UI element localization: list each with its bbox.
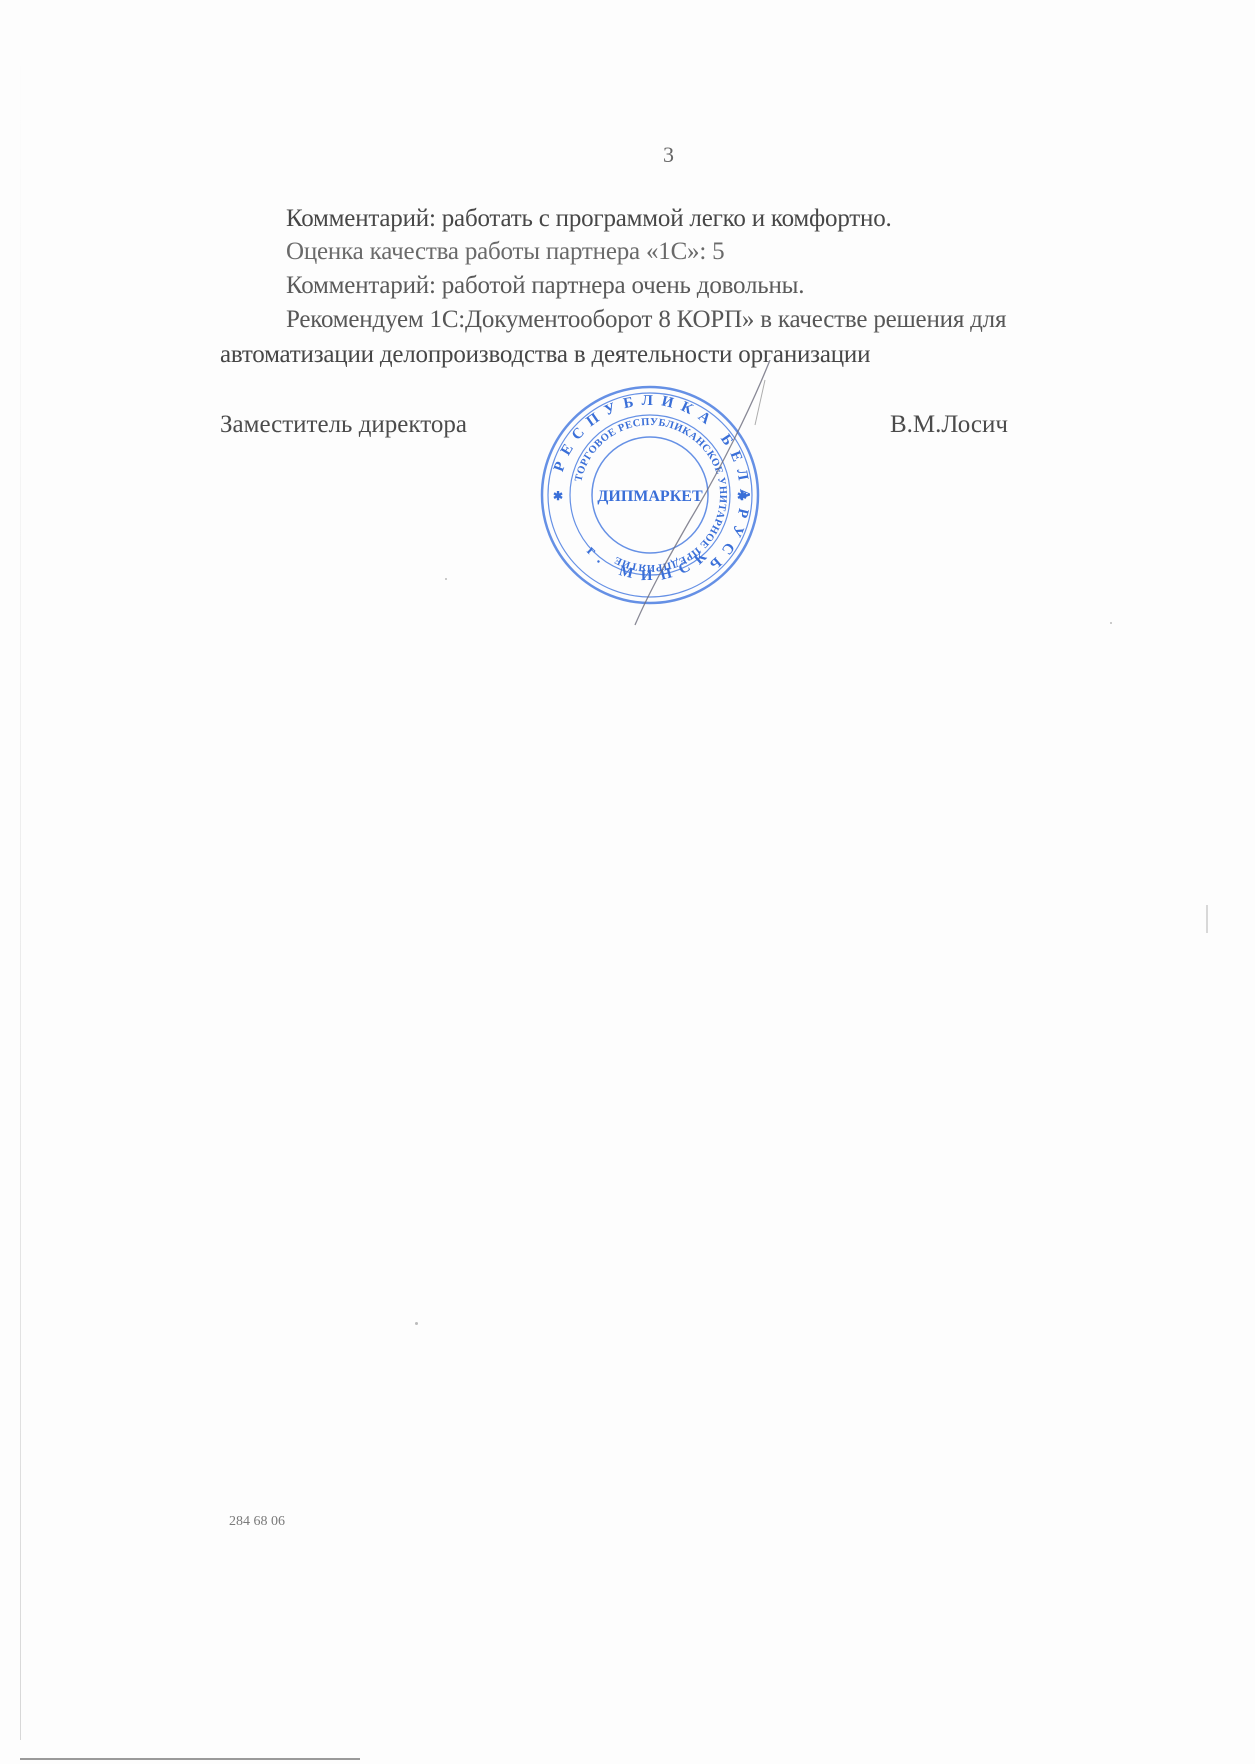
scan-speck: [445, 578, 447, 580]
signatory-role: Заместитель директора: [220, 411, 467, 439]
page-edge-bottom: [20, 1758, 360, 1760]
signatory-name: В.М.Лосич: [890, 411, 1008, 439]
handwritten-signature: [560, 350, 820, 630]
scan-speck: [415, 1322, 418, 1325]
footer-code: 284 68 06: [229, 1514, 285, 1530]
body-line-comment-partner: Комментарий: работой партнера очень дово…: [286, 272, 804, 300]
page-number: 3: [663, 142, 674, 168]
scan-speck: [1110, 622, 1112, 624]
page-edge-left: [20, 40, 21, 1740]
body-line-comment-program: Комментарий: работать с программой легко…: [286, 205, 892, 233]
scan-artifact: [1206, 905, 1208, 933]
body-line-recommendation: Рекомендуем 1С:Документооборот 8 КОРП» в…: [286, 306, 1006, 334]
body-line-partner-rating: Оценка качества работы партнера «1С»: 5: [286, 238, 724, 266]
